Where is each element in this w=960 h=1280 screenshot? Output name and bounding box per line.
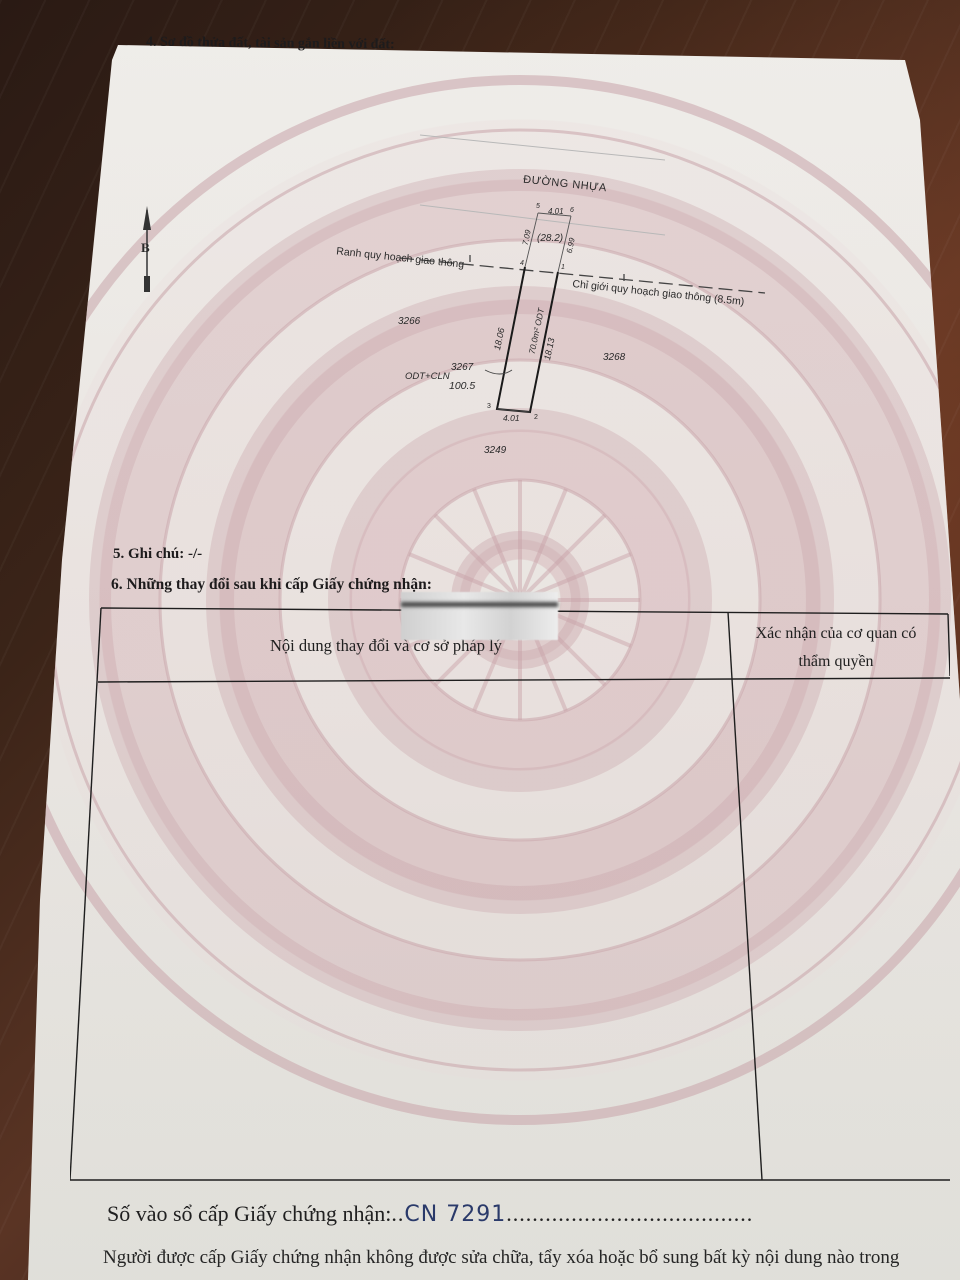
certificate-registry-number: CN 7291 — [404, 1202, 506, 1227]
vertex-4-label: 4 — [520, 260, 524, 267]
column-header-confirmation: Xác nhận của cơ quan có thẩm quyền — [748, 620, 924, 676]
neighbor-parcel-3268: 3268 — [603, 352, 625, 363]
changes-table — [70, 606, 950, 1181]
dim-top-label: 4.01 — [548, 207, 564, 216]
parcel-land-use-label: ODT+CLN — [405, 371, 450, 382]
neighbor-parcel-3249: 3249 — [484, 445, 506, 456]
vertex-2-label: 2 — [534, 414, 538, 421]
section-6-heading: 6. Những thay đổi sau khi cấp Giấy chứng… — [111, 576, 432, 594]
road-edge-bottom — [420, 205, 665, 235]
vertex-6-label: 6 — [570, 207, 574, 214]
road-edge-top — [420, 135, 665, 160]
north-label: B — [141, 240, 150, 256]
road-reserve-area-label: (28.2) — [537, 233, 563, 244]
dim-bottom-label: 4.01 — [503, 413, 520, 423]
vertex-3-label: 3 — [487, 403, 491, 410]
certificate-registry-label: Số vào sổ cấp Giấy chứng nhận: — [107, 1201, 391, 1226]
parcel-number-label: 3267 — [451, 362, 473, 373]
certificate-registry-line: Số vào sổ cấp Giấy chứng nhận:..CN 7291.… — [107, 1201, 753, 1227]
vertex-1-label: 1 — [561, 264, 565, 271]
section-5-notes: 5. Ghi chú: -/- — [113, 546, 202, 563]
redacted-region — [401, 592, 558, 640]
vertex-5-label: 5 — [536, 203, 540, 210]
neighbor-parcel-3266: 3266 — [398, 316, 420, 327]
parcel-area-label: 100.5 — [449, 380, 475, 392]
notice-text: Người được cấp Giấy chứng nhận không đượ… — [103, 1247, 899, 1269]
